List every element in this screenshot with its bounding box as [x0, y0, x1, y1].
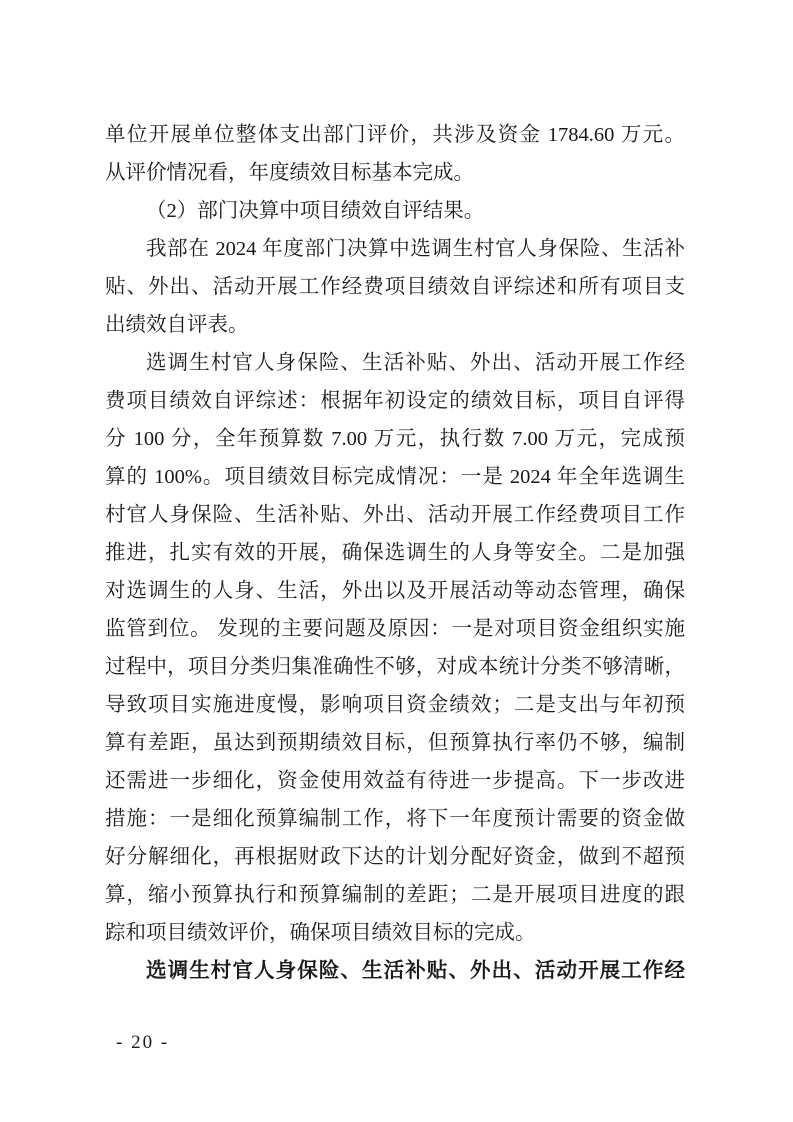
text-line: 导致项目实施进度慢，影响项目资金绩效；二是支出与年初预	[105, 686, 685, 724]
text-line: 推进，扎实有效的开展，确保选调生的人身等安全。二是加强	[105, 534, 685, 572]
text-line: 选调生村官人身保险、生活补贴、外出、活动开展工作经	[105, 344, 685, 382]
text-line: 还需进一步细化，资金使用效益有待进一步提高。下一步改进	[105, 762, 685, 800]
text-line: 监管到位。 发现的主要问题及原因：一是对项目资金组织实施	[105, 610, 685, 648]
text-line: （2）部门决算中项目绩效自评结果。	[105, 192, 685, 230]
text-line: 我部在 2024 年度部门决算中选调生村官人身保险、生活补	[105, 230, 685, 268]
document-page: 单位开展单位整体支出部门评价，共涉及资金 1784.60 万元。从评价情况看，年…	[0, 0, 793, 1122]
text-line: 贴、外出、活动开展工作经费项目绩效自评综述和所有项目支	[105, 268, 685, 306]
text-line: 踪和项目绩效评价，确保项目绩效目标的完成。	[105, 914, 685, 952]
text-line: 费项目绩效自评综述：根据年初设定的绩效目标，项目自评得	[105, 382, 685, 420]
text-line: 分 100 分，全年预算数 7.00 万元，执行数 7.00 万元，完成预	[105, 420, 685, 458]
text-line: 算的 100%。项目绩效目标完成情况：一是 2024 年全年选调生	[105, 458, 685, 496]
text-line: 算有差距，虽达到预期绩效目标，但预算执行率仍不够，编制	[105, 724, 685, 762]
text-line-bold: 选调生村官人身保险、生活补贴、外出、活动开展工作经	[105, 952, 685, 990]
document-body: 单位开展单位整体支出部门评价，共涉及资金 1784.60 万元。从评价情况看，年…	[105, 116, 685, 990]
text-line: 从评价情况看，年度绩效目标基本完成。	[105, 154, 685, 192]
text-line: 好分解细化，再根据财政下达的计划分配好资金，做到不超预	[105, 838, 685, 876]
text-line: 单位开展单位整体支出部门评价，共涉及资金 1784.60 万元。	[105, 116, 685, 154]
text-line: 出绩效自评表。	[105, 306, 685, 344]
text-line: 村官人身保险、生活补贴、外出、活动开展工作经费项目工作	[105, 496, 685, 534]
text-line: 措施：一是细化预算编制工作，将下一年度预计需要的资金做	[105, 800, 685, 838]
text-line: 算，缩小预算执行和预算编制的差距；二是开展项目进度的跟	[105, 876, 685, 914]
text-line: 对选调生的人身、生活，外出以及开展活动等动态管理，确保	[105, 572, 685, 610]
text-line: 过程中，项目分类归集准确性不够，对成本统计分类不够清晰，	[105, 648, 685, 686]
page-number: - 20 -	[116, 1031, 169, 1055]
